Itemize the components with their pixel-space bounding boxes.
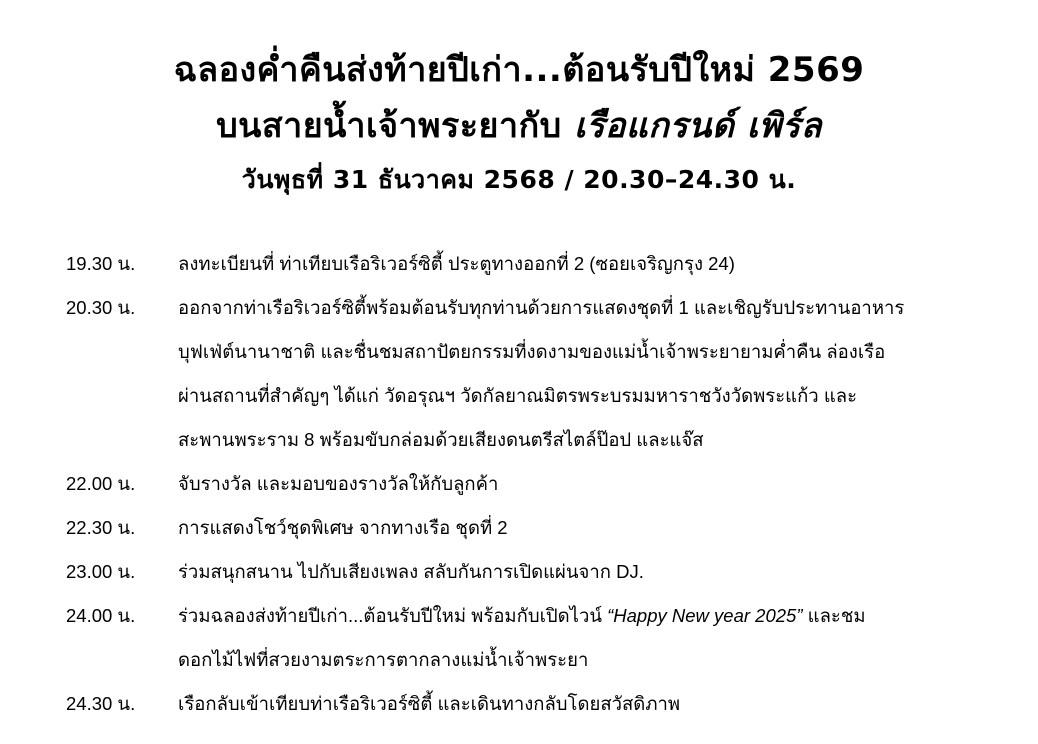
- description-line: สะพานพระราม 8 พร้อมขับกล่อมด้วยเสียงดนตร…: [178, 418, 1006, 462]
- schedule-description: เรือกลับเข้าเทียบท่าเรือริเวอร์ซิตี้ และ…: [178, 682, 1006, 726]
- description-line: บุฟเฟ่ต์นานาชาติ และชื่นชมสถาปัตยกรรมที่…: [178, 330, 1006, 374]
- schedule-time: 23.00 น.: [66, 550, 178, 594]
- schedule-description: จับรางวัล และมอบของรางวัลให้กับลูกค้า: [178, 462, 1006, 506]
- schedule-row: 22.30 น. การแสดงโชว์ชุดพิเศษ จากทางเรือ …: [66, 506, 1006, 550]
- schedule-description: การแสดงโชว์ชุดพิเศษ จากทางเรือ ชุดที่ 2: [178, 506, 1006, 550]
- schedule-time: 24.00 น.: [66, 594, 178, 638]
- description-line: ผ่านสถานที่สำคัญๆ ได้แก่ วัดอรุณฯ วัดกัล…: [178, 374, 1006, 418]
- event-date: วันพุธที่ 31 ธันวาคม 2568 / 20.30–24.30 …: [0, 160, 1038, 200]
- schedule-description: ลงทะเบียนที่ ท่าเทียบเรือริเวอร์ซิตี้ ปร…: [178, 242, 1006, 286]
- schedule-row: 20.30 น. ออกจากท่าเรือริเวอร์ซิตี้พร้อมต…: [66, 286, 1006, 462]
- schedule-list: 19.30 น. ลงทะเบียนที่ ท่าเทียบเรือริเวอร…: [66, 242, 1006, 726]
- schedule-row: 23.00 น. ร่วมสนุกสนาน ไปกับเสียงเพลง สลั…: [66, 550, 1006, 594]
- event-subtitle: บนสายน้ำเจ้าพระยากับ เรือแกรนด์ เพิร์ล: [0, 98, 1038, 152]
- schedule-row: 24.00 น. ร่วมฉลองส่งท้ายปีเก่า...ต้อนรับ…: [66, 594, 1006, 682]
- description-line: จับรางวัล และมอบของรางวัลให้กับลูกค้า: [178, 462, 1006, 506]
- description-line: ลงทะเบียนที่ ท่าเทียบเรือริเวอร์ซิตี้ ปร…: [178, 242, 1006, 286]
- description-line: ร่วมฉลองส่งท้ายปีเก่า...ต้อนรับปีใหม่ พร…: [178, 594, 1006, 638]
- schedule-time: 20.30 น.: [66, 286, 178, 330]
- wine-toast-phrase: “Happy New year 2025”: [607, 605, 802, 626]
- event-title: ฉลองค่ำคืนส่งท้ายปีเก่า...ต้อนรับปีใหม่ …: [0, 42, 1038, 96]
- description-line: เรือกลับเข้าเทียบท่าเรือริเวอร์ซิตี้ และ…: [178, 682, 1006, 726]
- document-page: ฉลองค่ำคืนส่งท้ายปีเก่า...ต้อนรับปีใหม่ …: [0, 0, 1038, 744]
- schedule-description: ร่วมฉลองส่งท้ายปีเก่า...ต้อนรับปีใหม่ พร…: [178, 594, 1006, 682]
- schedule-row: 19.30 น. ลงทะเบียนที่ ท่าเทียบเรือริเวอร…: [66, 242, 1006, 286]
- description-line: การแสดงโชว์ชุดพิเศษ จากทางเรือ ชุดที่ 2: [178, 506, 1006, 550]
- schedule-time: 19.30 น.: [66, 242, 178, 286]
- schedule-row: 22.00 น. จับรางวัล และมอบของรางวัลให้กับ…: [66, 462, 1006, 506]
- description-line: ออกจากท่าเรือริเวอร์ซิตี้พร้อมต้อนรับทุก…: [178, 286, 1006, 330]
- description-text: และชม: [803, 605, 866, 626]
- schedule-row: 24.30 น. เรือกลับเข้าเทียบท่าเรือริเวอร์…: [66, 682, 1006, 726]
- description-line: ร่วมสนุกสนาน ไปกับเสียงเพลง สลับกันการเป…: [178, 550, 1006, 594]
- description-text: ร่วมฉลองส่งท้ายปีเก่า...ต้อนรับปีใหม่ พร…: [178, 605, 607, 626]
- schedule-time: 22.00 น.: [66, 462, 178, 506]
- boat-name: เรือแกรนด์ เพิร์ล: [574, 106, 822, 146]
- schedule-description: ออกจากท่าเรือริเวอร์ซิตี้พร้อมต้อนรับทุก…: [178, 286, 1006, 462]
- subtitle-prefix: บนสายน้ำเจ้าพระยากับ: [216, 106, 574, 146]
- description-line: ดอกไม้ไฟที่สวยงามตระการตากลางแม่น้ำเจ้าพ…: [178, 638, 1006, 682]
- schedule-description: ร่วมสนุกสนาน ไปกับเสียงเพลง สลับกันการเป…: [178, 550, 1006, 594]
- schedule-time: 22.30 น.: [66, 506, 178, 550]
- schedule-time: 24.30 น.: [66, 682, 178, 726]
